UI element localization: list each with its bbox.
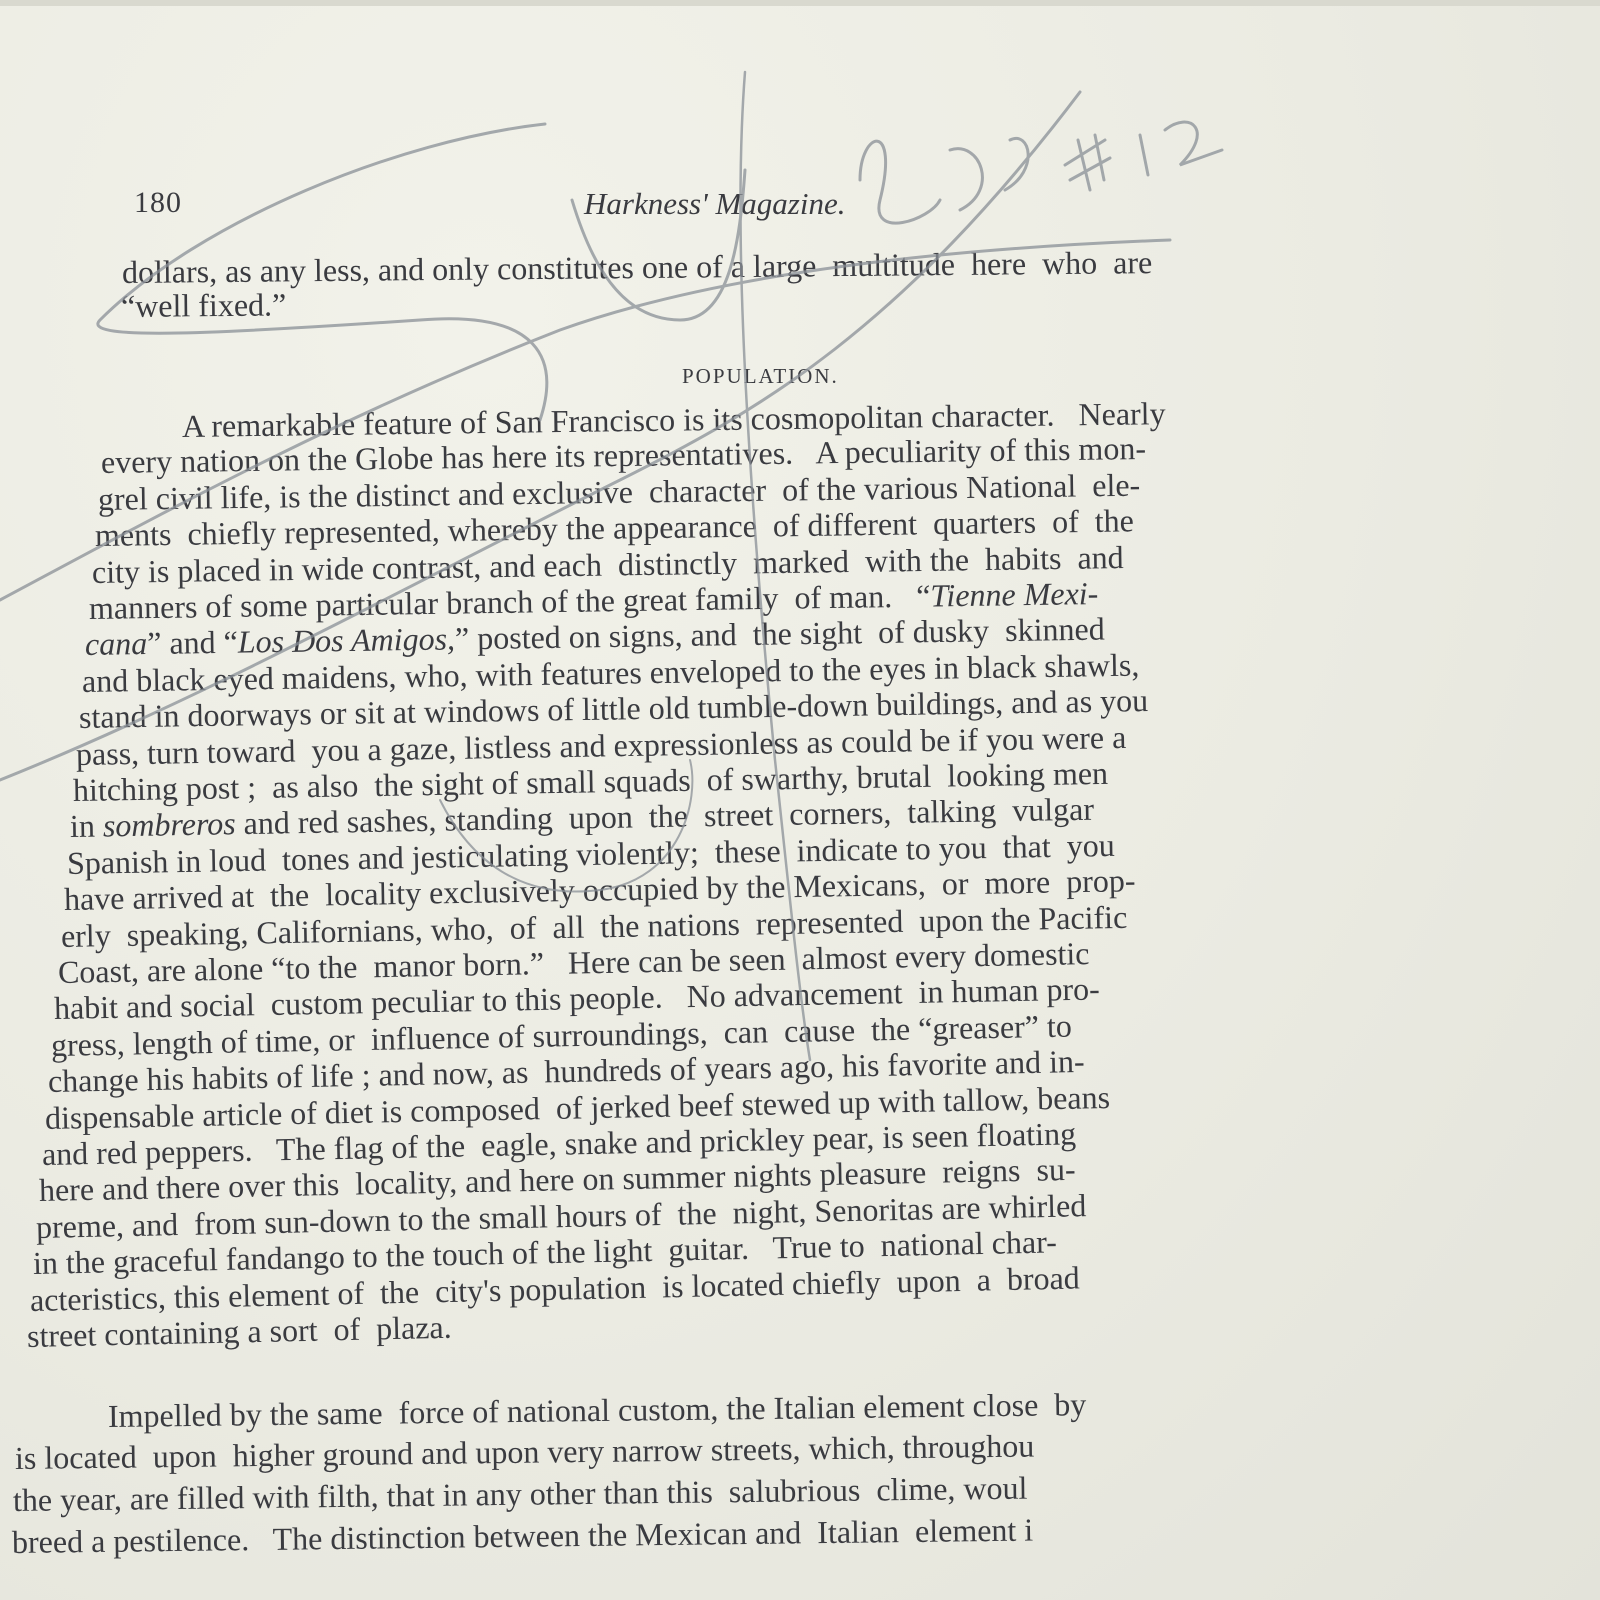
section-heading: POPULATION.	[682, 364, 839, 389]
paragraph-2-line: the year, are filled with filth, that in…	[13, 1470, 1028, 1518]
paragraph-2-line: Impelled by the same force of national c…	[108, 1386, 1087, 1434]
continuation-line: dollars, as any less, and only constitut…	[122, 244, 1153, 290]
continuation-line: “well fixed.”	[121, 286, 287, 324]
paragraph-2-line: is located upon higher ground and upon v…	[14, 1428, 1034, 1476]
article-body: POPULATION. dollars, as any less, and on…	[0, 0, 1600, 1600]
paragraph-2-line: breed a pestilence. The distinction betw…	[11, 1512, 1033, 1560]
magazine-page: 180 Harkness' Magazine. POPULATION. doll…	[0, 0, 1600, 1600]
